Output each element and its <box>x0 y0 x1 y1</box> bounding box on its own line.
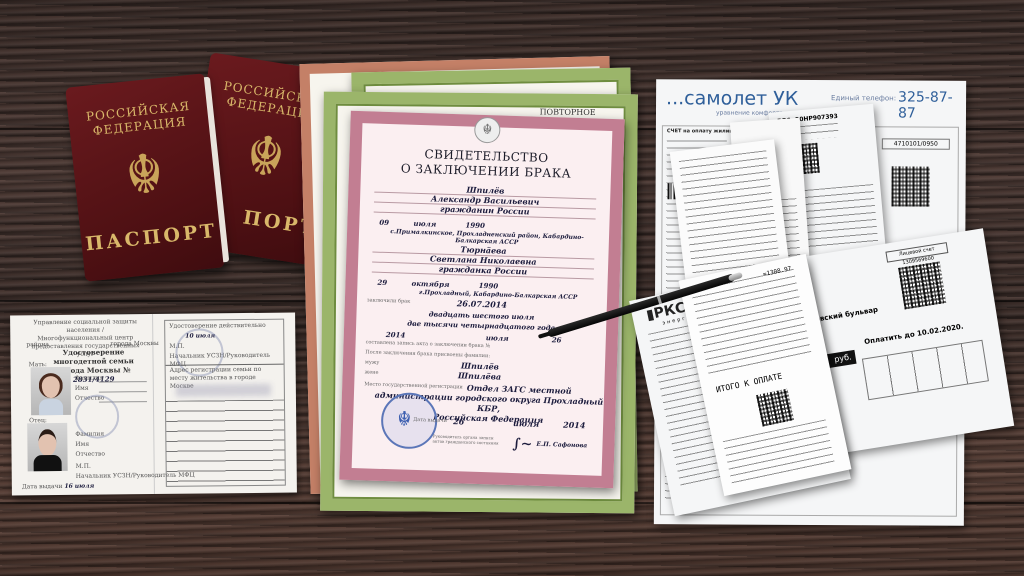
double-headed-eagle-icon: ☬ <box>231 120 301 195</box>
account-number: 4710101/0950 <box>882 138 950 149</box>
mother-photo <box>31 367 72 415</box>
pen-ring <box>657 296 662 305</box>
card-right-page: Удостоверение действительно 10 июля М.П.… <box>164 319 286 487</box>
stamp-place-label: М.П. <box>76 463 91 471</box>
passport-front: РОССИЙСКАЯФЕДЕРАЦИЯ ☬ ПАСПОРТ <box>65 73 225 282</box>
issue-label: Дата выдачи <box>413 417 447 424</box>
extended-label: Удостоверение действительно <box>169 322 266 331</box>
issue-month: июля <box>513 418 539 429</box>
stamp-eagle-icon: ☬ <box>397 406 412 430</box>
brand-logo: ...самолет УК <box>666 87 798 110</box>
signer-label: Руководитель органа записи актов граждан… <box>432 434 502 446</box>
tariff-table <box>862 340 989 401</box>
bride-birth: 29 октября 1990 <box>377 278 498 291</box>
father-photo <box>27 423 68 471</box>
name-label: Имя <box>75 441 89 449</box>
certificate-title: СВИДЕТЕЛЬСТВОО ЗАКЛЮЧЕНИИ БРАКА <box>361 145 612 183</box>
passport-label: ПАСПОРТ <box>81 219 223 256</box>
duplicate-label: ПОВТОРНОЕ <box>540 108 596 117</box>
record-label: составлена запись акта о заключении брак… <box>366 339 491 349</box>
patronymic-label: Отчество <box>75 451 105 459</box>
family-card: Управление социальной защиты населения /… <box>10 313 297 496</box>
phone-number: 325-87-87 <box>898 89 966 121</box>
qr-code-icon <box>892 166 930 206</box>
blurred-address <box>176 384 271 397</box>
signature: ∫∼ <box>512 436 532 453</box>
record-month: июля <box>486 333 509 343</box>
issue-date: Дата выдачи 16 июля <box>22 483 94 492</box>
record-year: 2014 <box>386 330 406 340</box>
address-lines <box>166 400 285 485</box>
qr-code-icon <box>898 261 946 309</box>
qr-code-icon <box>756 389 794 427</box>
name-label: Имя <box>75 385 89 393</box>
passport-country: РОССИЙСКАЯФЕДЕРАЦИЯ <box>68 97 210 141</box>
double-headed-eagle-icon: ☬ <box>111 139 178 211</box>
issue-day: 26 <box>453 416 464 426</box>
account-box: Лицевой счет 1309569600 <box>885 242 948 263</box>
coat-of-arms-icon: ☬ <box>474 117 501 144</box>
stamp <box>75 394 119 438</box>
signer-name: Е.П. Сафонова <box>536 441 587 450</box>
issue-year: 2014 <box>563 420 586 431</box>
marriage-certificate: ☬ СВИДЕТЕЛЬСТВОО ЗАКЛЮЧЕНИИ БРАКА Шпилёв… <box>339 111 624 488</box>
phone-label: Единый телефон: <box>831 94 896 102</box>
pay-until: Оплатить до 10.02.2020. <box>864 323 964 347</box>
